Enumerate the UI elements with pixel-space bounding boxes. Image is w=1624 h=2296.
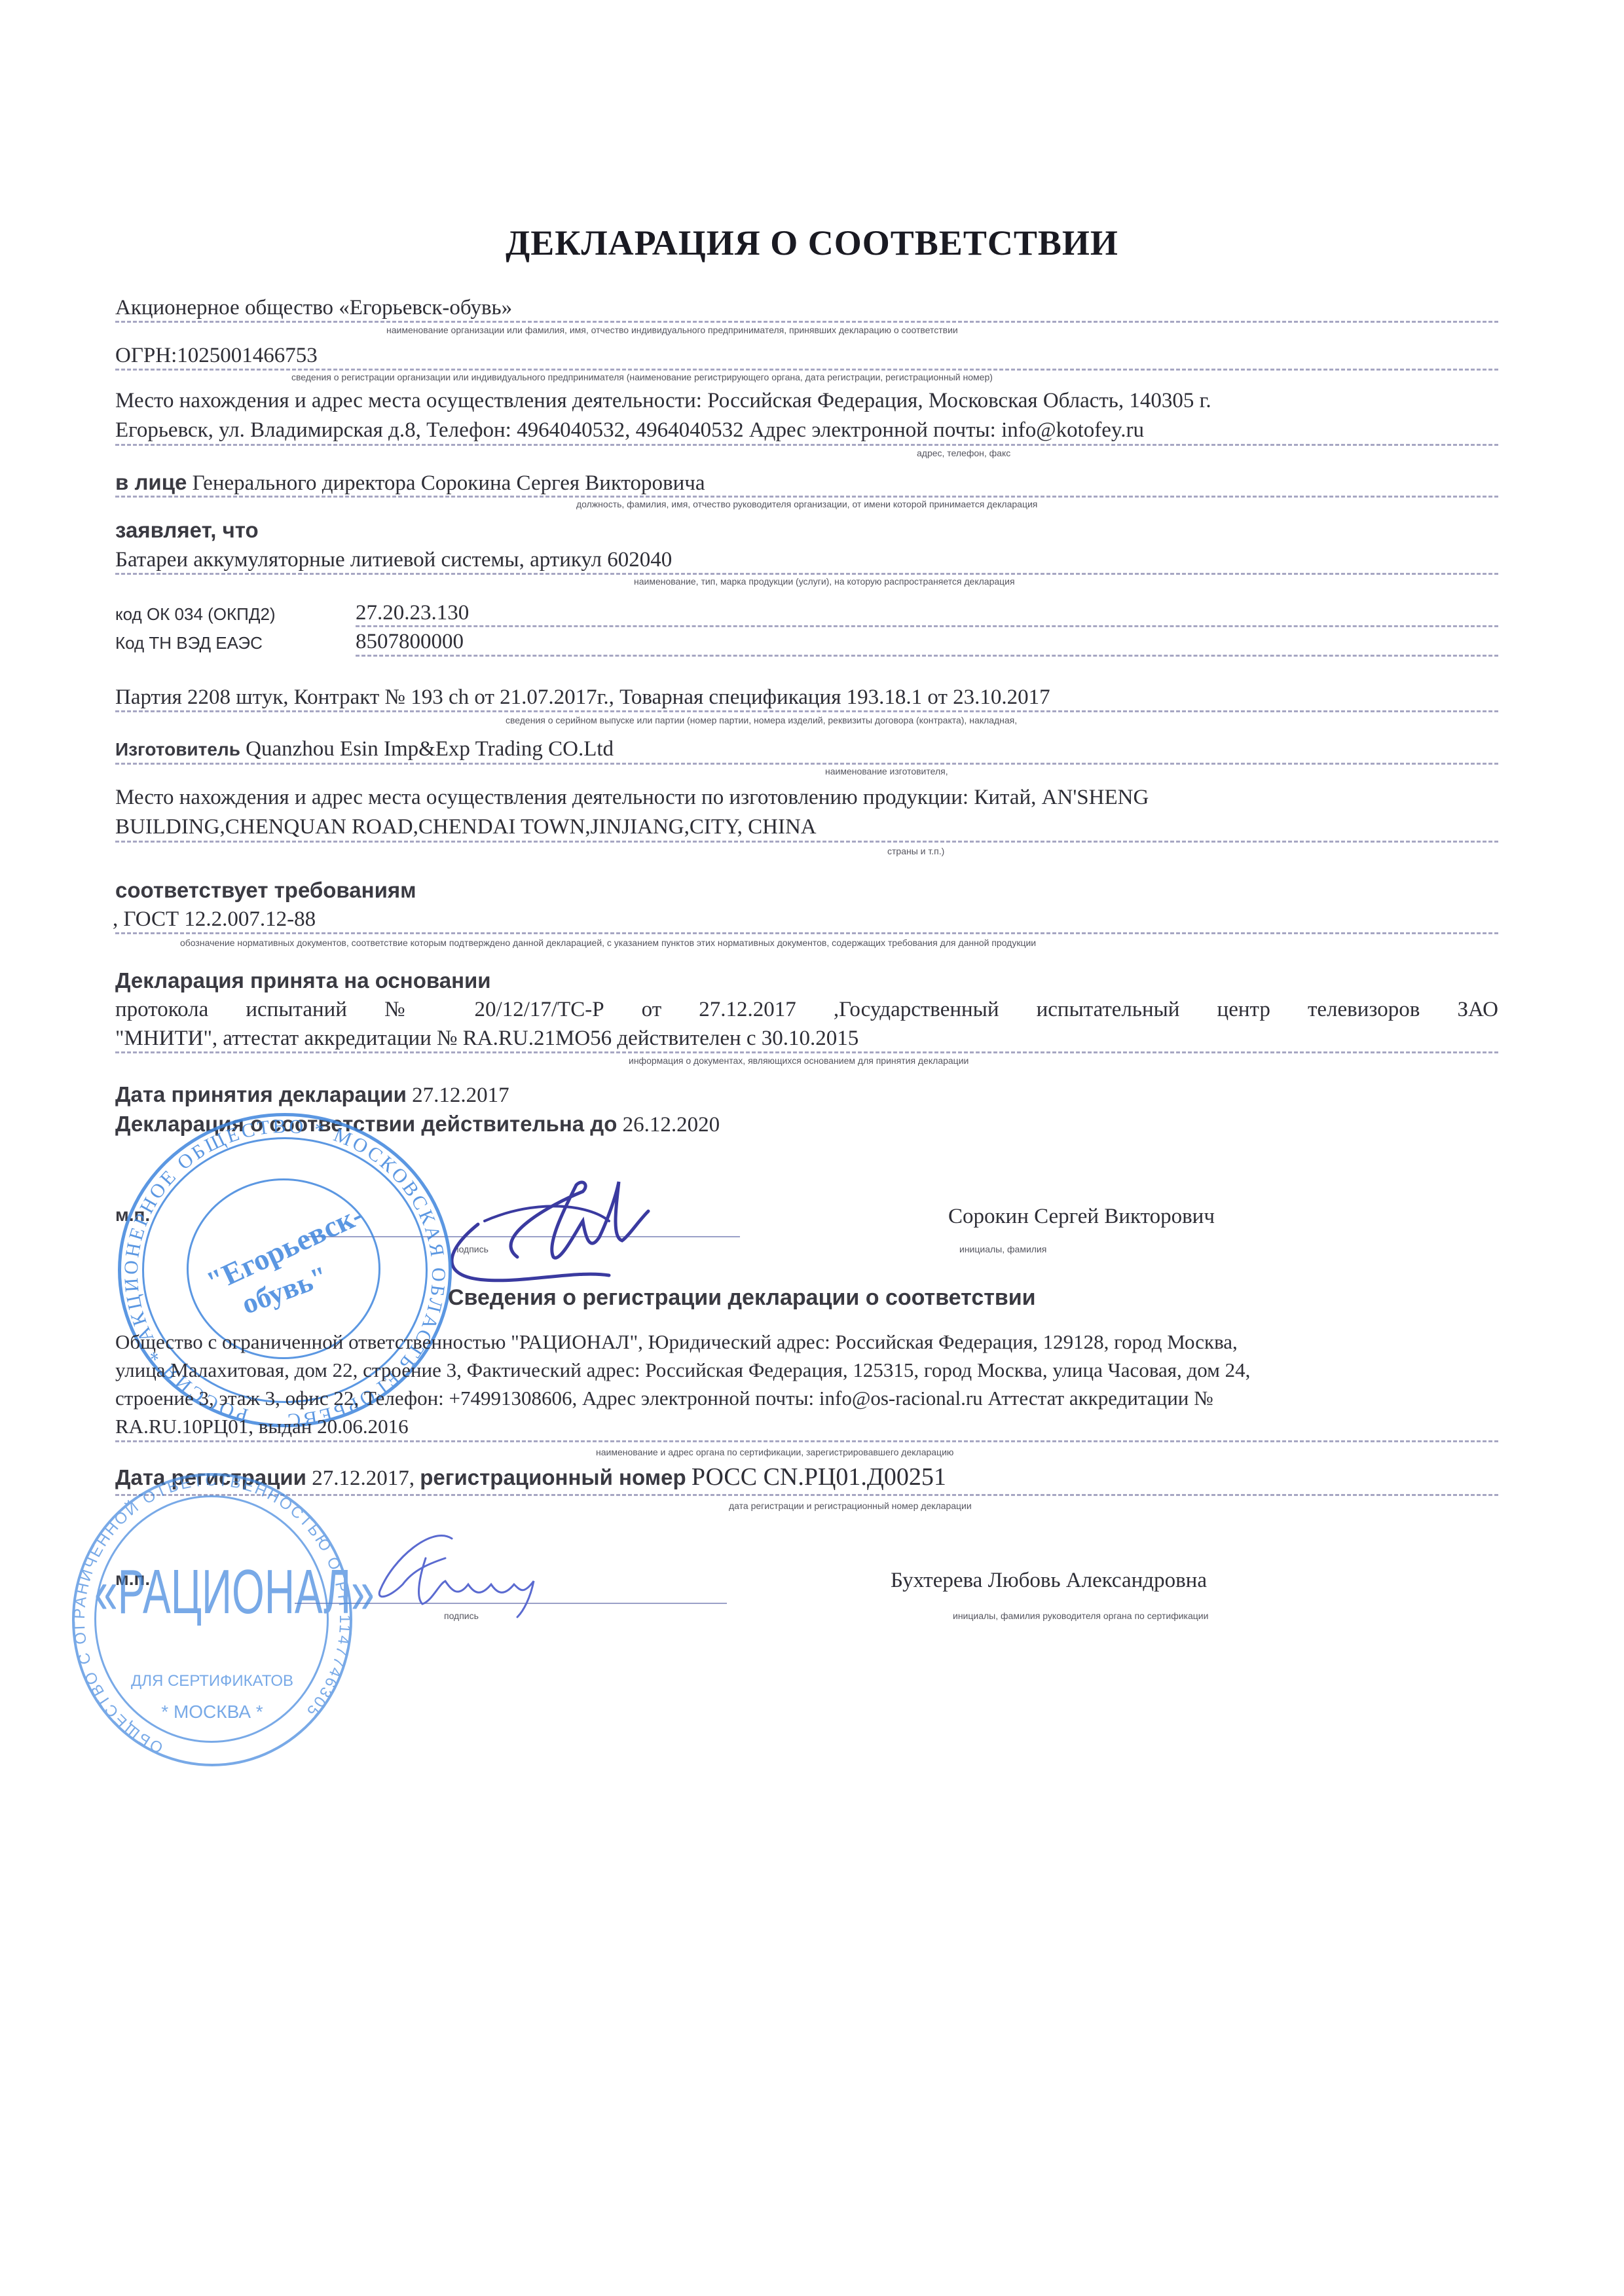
registration-line2: улица Малахитовая, дом 22, строение 3, Ф… (115, 1357, 1250, 1383)
applicant-address-line2: Егорьевск, ул. Владимирская д.8, Телефон… (115, 417, 1144, 443)
registration-line3: строение 3, этаж 3, офис 22, Телефон: +7… (115, 1385, 1213, 1412)
manufacturer-address-caption: страны и т.п.) (887, 846, 944, 856)
basis-caption: информация о документах, являющихся осно… (629, 1055, 969, 1066)
divider (115, 444, 1498, 446)
manufacturer-label: Изготовитель (115, 739, 240, 759)
signatory-caption-2: инициалы, фамилия руководителя органа по… (953, 1611, 1208, 1621)
registration-line4: RA.RU.10РЦ01, выдан 20.06.2016 (115, 1413, 409, 1440)
signature-1-icon (419, 1159, 681, 1290)
applicant-ogrn-caption: сведения о регистрации организации или и… (291, 372, 993, 382)
manufacturer-address-label: Место нахождения и адрес места осуществл… (115, 786, 969, 809)
basis-line2: "МНИТИ", аттестат аккредитации № RA.RU.2… (115, 1025, 858, 1051)
document-title: ДЕКЛАРАЦИЯ О СООТВЕТСТВИИ (0, 223, 1624, 263)
registration-number-label: регистрационный номер (420, 1465, 686, 1489)
product-name: Батареи аккумуляторные литиевой системы,… (115, 547, 672, 573)
divider (115, 369, 1498, 371)
divider (115, 321, 1498, 323)
batch-info: Партия 2208 штук, Контракт № 193 ch от 2… (115, 684, 1050, 710)
applicant-name: Акционерное общество «Егорьевск-обувь» (115, 295, 512, 321)
divider (115, 496, 1498, 498)
representative-label: в лице (115, 470, 187, 494)
signatory-name-1: Сорокин Сергей Викторович (948, 1203, 1215, 1230)
conformity-label: соответствует требованиям (115, 877, 416, 903)
divider (115, 1051, 1498, 1053)
signatory-caption-1: инициалы, фамилия (959, 1244, 1046, 1254)
manufacturer-address-line2: BUILDING,CHENQUAN ROAD,CHENDAI TOWN,JINJ… (115, 814, 817, 840)
representative-value: Генерального директора Сорокина Сергея В… (193, 471, 705, 495)
applicant-address-line1: Российская Федерация, Московская Область… (707, 389, 1211, 412)
certification-stamp-sub: ДЛЯ СЕРТИФИКАТОВ (114, 1672, 310, 1690)
divider (115, 841, 1498, 843)
valid-until-value: 26.12.2020 (623, 1113, 720, 1137)
basis-line1: протокола испытаний № 20/12/17/ТС-Р от 2… (115, 996, 1498, 1023)
code-okpd2-value: 27.20.23.130 (356, 600, 469, 626)
registration-caption: наименование и адрес органа по сертифика… (596, 1447, 953, 1457)
divider (115, 763, 1498, 765)
applicant-name-caption: наименование организации или фамилия, им… (386, 325, 958, 335)
divider (115, 710, 1498, 712)
signatory-name-2: Бухтерева Любовь Александровна (891, 1567, 1207, 1594)
certification-body-stamp-icon: ОБЩЕСТВО С ОГРАНИЧЕННОЙ ОТВЕТСТВЕННОСТЬЮ… (72, 1473, 352, 1766)
code-tnved-label: Код ТН ВЭД ЕАЭС (115, 630, 263, 656)
applicant-address-caption: адрес, телефон, факс (917, 448, 1010, 458)
certification-stamp-center: «РАЦИОНАЛ» (94, 1556, 330, 1628)
basis-label: Декларация принята на основании (115, 968, 491, 994)
divider (115, 1440, 1498, 1442)
registration-heading: Сведения о регистрации декларации о соот… (448, 1285, 1036, 1311)
code-tnved-value: 8507800000 (356, 629, 464, 655)
divider (356, 625, 1498, 627)
signature-2-icon (354, 1519, 616, 1624)
divider (115, 932, 1498, 934)
conformity-standard: , ГОСТ 12.2.007.12-88 (113, 906, 316, 932)
conformity-caption: обозначение нормативных документов, соот… (180, 938, 1036, 948)
declares-label: заявляет, что (115, 517, 259, 543)
registration-line1: Общество с ограниченной ответственностью… (115, 1329, 1238, 1355)
manufacturer-address-line1: Китай, AN'SHENG (974, 786, 1149, 809)
representative-caption: должность, фамилия, имя, отчество руково… (576, 499, 1037, 509)
batch-caption: сведения о серийном выпуске или партии (… (506, 715, 1017, 725)
certification-stamp-bottom: * МОСКВА * (114, 1702, 310, 1722)
code-okpd2-label: код ОК 034 (ОКПД2) (115, 601, 276, 627)
divider (356, 655, 1498, 657)
applicant-ogrn: ОГРН:1025001466753 (115, 342, 318, 369)
acceptance-date-label: Дата принятия декларации (115, 1082, 407, 1106)
registration-date-caption: дата регистрации и регистрационный номер… (729, 1501, 972, 1511)
product-caption: наименование, тип, марка продукции (услу… (634, 576, 1015, 587)
divider (115, 573, 1498, 575)
manufacturer-value: Quanzhou Esin Imp&Exp Trading CO.Ltd (246, 737, 614, 761)
applicant-address-label: Место нахождения и адрес места осуществл… (115, 389, 702, 412)
registration-number-value: РОСС CN.РЦ01.Д00251 (692, 1463, 946, 1491)
acceptance-date-value: 27.12.2017 (412, 1084, 509, 1107)
manufacturer-caption: наименование изготовителя, (825, 766, 948, 776)
